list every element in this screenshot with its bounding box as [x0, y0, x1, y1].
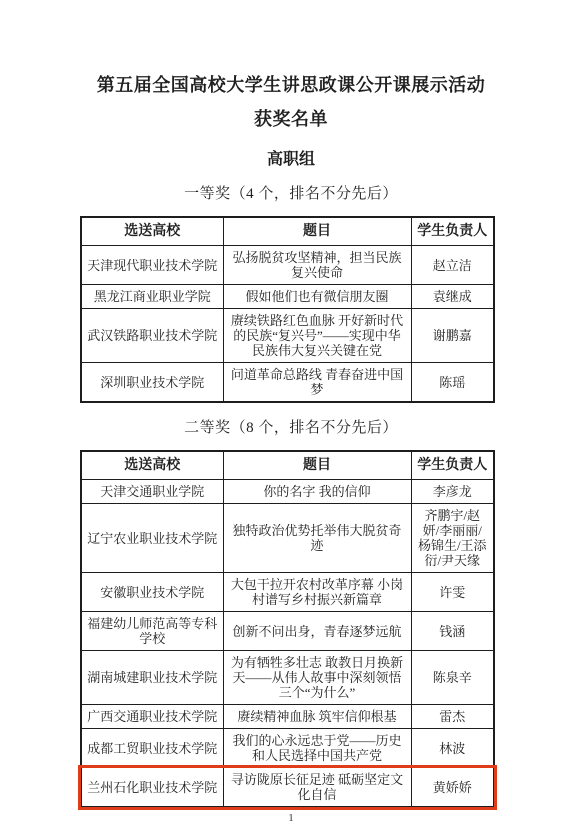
column-header-student: 学生负责人: [411, 451, 494, 480]
student-cell: 陈瑶: [411, 363, 494, 403]
title-cell: 为有牺牲多壮志 敢教日月换新天——从伟人故事中深刻领悟 三个“为什么”: [223, 651, 411, 705]
page-title-line1: 第五届全国高校大学生讲思政课公开课展示活动: [0, 74, 582, 96]
table-row: 武汉铁路职业技术学院赓续铁路红色血脉 开好新时代的民族“复兴号”——实现中华民族…: [81, 309, 494, 363]
title-cell: 你的名字 我的信仰: [223, 480, 411, 504]
section-heading-second-prize: 二等奖（8 个，排名不分先后）: [0, 416, 582, 437]
title-cell: 假如他们也有微信朋友圈: [223, 285, 411, 309]
student-cell: 齐鹏宇/赵妍/李丽丽/杨锦生/王添衍/尹天缘: [411, 504, 494, 573]
column-header-student: 学生负责人: [411, 217, 494, 246]
school-cell: 湖南城建职业技术学院: [81, 651, 223, 705]
highlighted-table-row: 兰州石化职业技术学院寻访陇原长征足迹 砥砺坚定文化自信黄娇娇: [81, 768, 494, 808]
school-cell: 辽宁农业职业技术学院: [81, 504, 223, 573]
student-cell: 黄娇娇: [411, 768, 494, 808]
column-header-title: 题目: [223, 451, 411, 480]
column-header-school: 选送高校: [81, 217, 223, 246]
document-page: 第五届全国高校大学生讲思政课公开课展示活动 获奖名单 高职组 一等奖（4 个，排…: [0, 0, 582, 821]
student-cell: 钱涵: [411, 612, 494, 651]
school-cell: 安徽职业技术学院: [81, 573, 223, 612]
student-cell: 许雯: [411, 573, 494, 612]
school-cell: 武汉铁路职业技术学院: [81, 309, 223, 363]
title-cell: 弘扬脱贫攻坚精神，担当民族复兴使命: [223, 246, 411, 285]
school-cell: 广西交通职业技术学院: [81, 705, 223, 729]
table-row: 广西交通职业技术学院赓续精神血脉 筑牢信仰根基雷杰: [81, 705, 494, 729]
student-cell: 谢鹏嘉: [411, 309, 494, 363]
table-header: 选送高校题目学生负责人: [81, 217, 494, 246]
table-row: 福建幼儿师范高等专科学校创新不问出身，青春逐梦远航钱涵: [81, 612, 494, 651]
table-row: 天津交通职业学院你的名字 我的信仰李彦龙: [81, 480, 494, 504]
table-header-row: 选送高校题目学生负责人: [81, 217, 494, 246]
table-header: 选送高校题目学生负责人: [81, 451, 494, 480]
table-row: 湖南城建职业技术学院为有牺牲多壮志 敢教日月换新天——从伟人故事中深刻领悟 三个…: [81, 651, 494, 705]
group-heading: 高职组: [0, 146, 582, 169]
student-cell: 林波: [411, 729, 494, 768]
section-heading-first-prize: 一等奖（4 个，排名不分先后）: [0, 182, 582, 203]
school-cell: 福建幼儿师范高等专科学校: [81, 612, 223, 651]
school-cell: 天津交通职业学院: [81, 480, 223, 504]
table-row: 安徽职业技术学院大包干拉开农村改革序幕 小岗村谱写乡村振兴新篇章许雯: [81, 573, 494, 612]
table-row: 黑龙江商业职业学院假如他们也有微信朋友圈袁继成: [81, 285, 494, 309]
table-row: 辽宁农业职业技术学院独特政治优势托举伟大脱贫奇迹齐鹏宇/赵妍/李丽丽/杨锦生/王…: [81, 504, 494, 573]
first-prize-table: 选送高校题目学生负责人 天津现代职业技术学院弘扬脱贫攻坚精神，担当民族复兴使命赵…: [80, 216, 495, 403]
student-cell: 雷杰: [411, 705, 494, 729]
title-cell: 独特政治优势托举伟大脱贫奇迹: [223, 504, 411, 573]
column-header-title: 题目: [223, 217, 411, 246]
title-cell: 创新不问出身，青春逐梦远航: [223, 612, 411, 651]
page-number: 1: [0, 812, 582, 821]
school-cell: 兰州石化职业技术学院: [81, 768, 223, 808]
student-cell: 陈泉辛: [411, 651, 494, 705]
title-cell: 问道革命总路线 青春奋进中国梦: [223, 363, 411, 403]
table-row: 天津现代职业技术学院弘扬脱贫攻坚精神，担当民族复兴使命赵立洁: [81, 246, 494, 285]
school-cell: 天津现代职业技术学院: [81, 246, 223, 285]
second-prize-table: 选送高校题目学生负责人 天津交通职业学院你的名字 我的信仰李彦龙辽宁农业职业技术…: [80, 450, 495, 808]
title-cell: 赓续精神血脉 筑牢信仰根基: [223, 705, 411, 729]
column-header-school: 选送高校: [81, 451, 223, 480]
school-cell: 深圳职业技术学院: [81, 363, 223, 403]
title-cell: 大包干拉开农村改革序幕 小岗村谱写乡村振兴新篇章: [223, 573, 411, 612]
title-cell: 赓续铁路红色血脉 开好新时代的民族“复兴号”——实现中华民族伟大复兴关键在党: [223, 309, 411, 363]
school-cell: 成都工贸职业技术学院: [81, 729, 223, 768]
school-cell: 黑龙江商业职业学院: [81, 285, 223, 309]
title-cell: 我们的心永远忠于党——历史和人民选择中国共产党: [223, 729, 411, 768]
page-title-line2: 获奖名单: [0, 108, 582, 130]
student-cell: 袁继成: [411, 285, 494, 309]
student-cell: 赵立洁: [411, 246, 494, 285]
table-header-row: 选送高校题目学生负责人: [81, 451, 494, 480]
table-row: 成都工贸职业技术学院我们的心永远忠于党——历史和人民选择中国共产党林波: [81, 729, 494, 768]
table-row: 深圳职业技术学院问道革命总路线 青春奋进中国梦陈瑶: [81, 363, 494, 403]
title-cell: 寻访陇原长征足迹 砥砺坚定文化自信: [223, 768, 411, 808]
student-cell: 李彦龙: [411, 480, 494, 504]
